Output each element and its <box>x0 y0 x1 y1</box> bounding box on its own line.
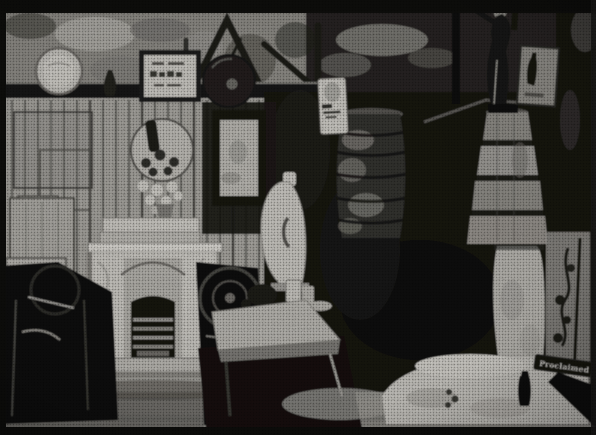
film-grain-overlay <box>0 0 596 435</box>
photo-scene: Proclaimed <box>0 0 596 435</box>
halftone-photograph: Proclaimed <box>0 0 596 435</box>
